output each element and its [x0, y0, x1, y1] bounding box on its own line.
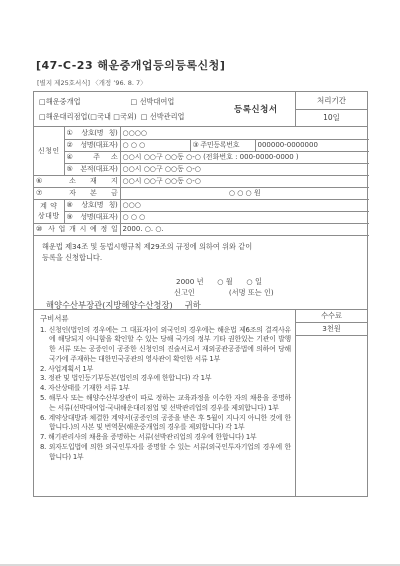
required-documents-section: 구비서류 1. 신청인(법인의 경우에는 그 대표자)이 외국인의 경우에는 해… — [34, 310, 367, 497]
address-label: ④ 주 소 — [64, 151, 120, 163]
catalog-title: [47-C-23 해운중개업등의등록신청] — [36, 57, 225, 73]
document-item-1: 1. 신청인(법인의 경우에는 그 대표자)이 외국인의 경우에는 해운법 제6… — [40, 326, 291, 365]
table-row: ⑤ 본적(대표자) ○○시 ○○구 ○○동 ○-○ — [34, 163, 369, 175]
form-revision-note: [별지 제25호서식] 〈개정 ’96. 8. 7〉 — [37, 78, 147, 87]
fee-value: 3천원 — [296, 323, 367, 336]
checkbox-shipping-agency[interactable]: □해운대리점업(□국내 □국외) — [39, 112, 137, 122]
declaration-statement-line1: 해운법 제34조 및 동법시행규칙 제29조의 규정에 의하여 위와 같이 — [34, 241, 367, 252]
start-date-label: ⑩ 사 업 개 시 예 정 일 — [34, 223, 120, 235]
required-documents-list: 구비서류 1. 신청인(법인의 경우에는 그 대표자)이 외국인의 경우에는 해… — [34, 310, 295, 497]
declarant-line: 신고인 (서명 또는 인) — [174, 288, 274, 298]
table-row: 계 약 상대방 ⑧ 상호(명 칭) ○○○ — [34, 199, 369, 211]
counterparty-trade-name-field: ○○○ — [120, 199, 369, 211]
recipient-name: 해양수산부장관(지방해양수산청장) — [46, 299, 173, 311]
counterparty-group-label-line1: 계 약 — [36, 201, 62, 211]
processing-time-label: 처리기간 — [296, 92, 367, 110]
representative-name-label: ② 성명(대표자) — [64, 139, 120, 151]
applicant-table: 신청인 ① 상호(명 칭) ○○○○ ② 성명(대표자) ○ ○ ○ ③ 주민등… — [34, 127, 369, 236]
start-date-field: 2000. ○. ○. — [120, 223, 369, 235]
declaration-date: 2000 년 ○ 월 ○ 일 — [176, 277, 262, 287]
business-type-area: □해운중개업 □ 선박대여업 □해운대리점업(□국내 □국외) □ 선박관리업 … — [34, 92, 295, 126]
address-field: ○○시 ○○구 ○○동 ○-○ (전화번호 : 000-0000-0000 ) — [120, 151, 369, 163]
recipient-suffix: 귀하 — [185, 299, 201, 311]
location-label: ⑥ 소 재 지 — [34, 175, 120, 187]
declaration-statement-line2: 등록을 신청합니다. — [34, 252, 367, 263]
capital-field: ○ ○ ○ 원 — [120, 187, 369, 199]
location-field: ○○시 ○○구 ○○동 ○-○ — [120, 175, 369, 187]
recipient-line: 해양수산부장관(지방해양수산청장) 귀하 — [46, 299, 201, 311]
document-item-5: 5. 해무사 또는 해양수산부장관이 따로 정하는 교육과정을 이수한 자의 채… — [40, 394, 291, 414]
signature-note: (서명 또는 인) — [229, 288, 274, 298]
resident-number-field: 000000-0000000 — [255, 139, 369, 151]
document-item-7: 7. 해기관리사의 채용을 증명하는 서류(선박관리업의 경우에 한합니다) 1… — [40, 433, 291, 443]
fee-label: 수수료 — [296, 310, 367, 323]
table-row: ⑦ 자 본 금 ○ ○ ○ 원 — [34, 187, 369, 199]
fee-column: 수수료 3천원 — [295, 310, 367, 497]
scanned-form-page: [47-C-23 해운중개업등의등록신청] [별지 제25호서식] 〈개정 ’9… — [0, 0, 400, 566]
table-row: ⑨ 성명(대표자) ○ ○ ○ — [34, 211, 369, 223]
counterparty-trade-name-label: ⑧ 상호(명 칭) — [64, 199, 120, 211]
trade-name-field: ○○○○ — [120, 127, 369, 139]
trade-name-label: ① 상호(명 칭) — [64, 127, 120, 139]
declaration-section: 해운법 제34조 및 동법시행규칙 제29조의 규정에 의하여 위와 같이 등록… — [34, 236, 367, 310]
form-title: 등록신청서 — [234, 103, 278, 115]
table-row: ⑥ 소 재 지 ○○시 ○○구 ○○동 ○-○ — [34, 175, 369, 187]
document-item-3: 3. 정관 및 법인등기부등본(법인의 경우에 한합니다) 각 1부 — [40, 374, 291, 384]
table-row: ⑩ 사 업 개 시 예 정 일 2000. ○. ○. — [34, 223, 369, 235]
counterparty-name-field: ○ ○ ○ — [120, 211, 369, 223]
form-header: □해운중개업 □ 선박대여업 □해운대리점업(□국내 □국외) □ 선박관리업 … — [34, 92, 367, 127]
declarant-label: 신고인 — [174, 288, 195, 298]
table-row: ④ 주 소 ○○시 ○○구 ○○동 ○-○ (전화번호 : 000-0000-0… — [34, 151, 369, 163]
domicile-label: ⑤ 본적(대표자) — [64, 163, 120, 175]
checkbox-ship-management[interactable]: □ 선박관리업 — [141, 112, 185, 122]
registration-form: □해운중개업 □ 선박대여업 □해운대리점업(□국내 □국외) □ 선박관리업 … — [33, 91, 368, 497]
representative-name-field: ○ ○ ○ — [120, 139, 190, 151]
counterparty-group-label-line2: 상대방 — [36, 211, 62, 221]
table-row: ② 성명(대표자) ○ ○ ○ ③ 주민등록번호 000000-0000000 — [34, 139, 369, 151]
document-item-2: 2. 사업계획서 1부 — [40, 365, 291, 375]
resident-number-label: ③ 주민등록번호 — [190, 139, 255, 151]
checkbox-ship-leasing[interactable]: □ 선박대여업 — [131, 97, 175, 107]
counterparty-name-label: ⑨ 성명(대표자) — [64, 211, 120, 223]
capital-label: ⑦ 자 본 금 — [34, 187, 120, 199]
document-item-4: 4. 자산상태를 기재한 서류 1부 — [40, 384, 291, 394]
document-item-6: 6. 계약상대방과 체결한 계약서(공증인의 공증을 받은 후 5월이 지나지 … — [40, 414, 291, 434]
checkbox-shipping-brokerage[interactable]: □해운중개업 — [39, 97, 81, 107]
required-documents-header: 구비서류 — [40, 313, 291, 324]
table-row: 신청인 ① 상호(명 칭) ○○○○ — [34, 127, 369, 139]
applicant-group-label: 신청인 — [34, 127, 64, 175]
document-item-8: 8. 외자도입법에 의한 외국인투자를 증명할 수 있는 서류(외국인투자기업의… — [40, 443, 291, 463]
counterparty-group-label: 계 약 상대방 — [34, 199, 64, 223]
processing-time-box: 처리기간 10일 — [295, 92, 367, 126]
domicile-field: ○○시 ○○구 ○○동 ○-○ — [120, 163, 369, 175]
processing-time-value: 10일 — [296, 110, 367, 127]
